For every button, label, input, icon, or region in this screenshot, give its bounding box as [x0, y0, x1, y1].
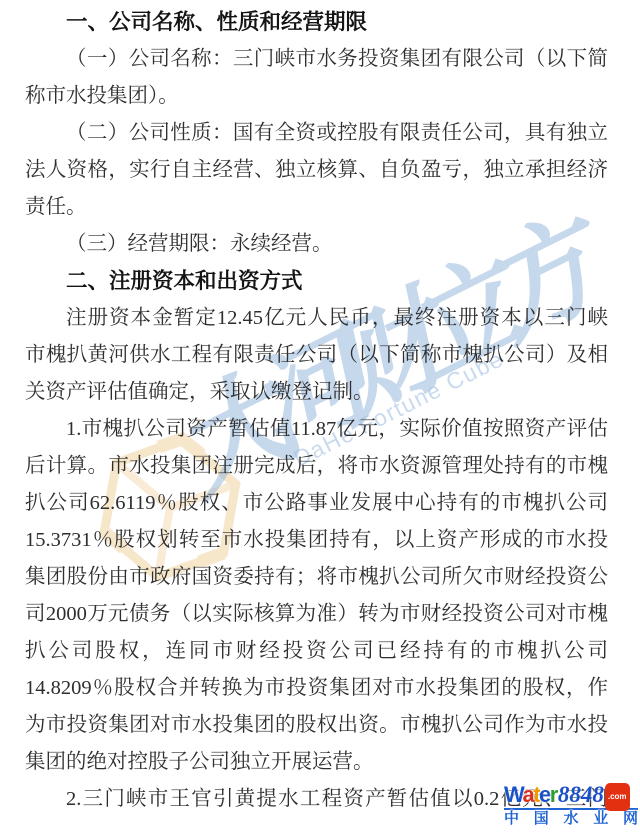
- text-line: 14.8209％股权合并转换为市投资集团对市水投集团的股权，作: [25, 670, 608, 707]
- text-line: 法人资格，实行自主经营、独立核算、自负盈亏，独立承担经济: [25, 152, 608, 189]
- logo-water-wordmark: Water: [504, 789, 557, 806]
- section-heading-5: 二、注册资本和出资方式: [25, 263, 608, 300]
- text-line: 关资产评估值确定，采取认缴登记制。: [25, 374, 608, 411]
- text-line: （二）公司性质：国有全资或控股有限责任公司，具有独立: [25, 115, 608, 152]
- text-line: 注册资本金暂定12.45亿元人民币，最终注册资本以三门峡: [25, 300, 608, 337]
- text-line: 扒公司股权，连同市财经投资公司已经持有的市槐扒公司: [25, 633, 608, 670]
- paragraph: （一）公司名称：三门峡市水务投资集团有限公司（以下简称市水投集团）。: [25, 41, 608, 115]
- text-line: 责任。: [25, 189, 608, 226]
- text-line: 后计算。市水投集团注册完成后，将市水资源管理处持有的市槐: [25, 448, 608, 485]
- text-line: 司2000万元债务（以实际核算为准）转为市财经投资公司对市槐: [25, 596, 608, 633]
- paragraph: （三）经营期限：永续经营。: [25, 226, 608, 263]
- text-line: 称市水投集团）。: [25, 78, 608, 115]
- text-line: （三）经营期限：永续经营。: [25, 226, 608, 263]
- text-line: 集团的绝对控股子公司独立开展运营。: [25, 744, 608, 781]
- section-heading-1: 一、公司名称、性质和经营期限: [25, 4, 608, 41]
- paragraph: （二）公司性质：国有全资或控股有限责任公司，具有独立法人资格，实行自主经营、独立…: [25, 115, 608, 226]
- text-line: 市槐扒黄河供水工程有限责任公司（以下简称市槐扒公司）及相: [25, 337, 608, 374]
- logo-letter: a: [522, 782, 533, 807]
- text-line: 1.市槐扒公司资产暂估值11.87亿元，实际价值按照资产评估: [25, 411, 608, 448]
- paragraph: 注册资本金暂定12.45亿元人民币，最终注册资本以三门峡市槐扒黄河供水工程有限责…: [25, 300, 608, 411]
- logo-letter: r: [550, 782, 557, 807]
- logo-letter: e: [539, 782, 550, 807]
- logo-wordmark-row: Water8848.com: [504, 782, 638, 808]
- logo-com-badge: .com: [605, 783, 630, 811]
- text-line: 扒公司62.6119％股权、市公路事业发展中心持有的市槐扒公司: [25, 485, 608, 522]
- paragraph: 1.市槐扒公司资产暂估值11.87亿元，实际价值按照资产评估后计算。市水投集团注…: [25, 411, 608, 781]
- logo-letter: W: [504, 782, 522, 807]
- text-line: 为市投资集团对市水投集团的股权出资。市槐扒公司作为市水投: [25, 707, 608, 744]
- text-line: （一）公司名称：三门峡市水务投资集团有限公司（以下简: [25, 41, 608, 78]
- water8848-logo: Water8848.com 中国水业网: [504, 782, 638, 827]
- scanned-document-page: 大河财立方 DaHe Fortune Cube 一、公司名称、性质和经营期限（一…: [0, 0, 640, 833]
- logo-number: 8848: [558, 782, 604, 807]
- text-line: 15.3731％股权划转至市水投集团持有，以上资产形成的市水投: [25, 522, 608, 559]
- document-content: 一、公司名称、性质和经营期限（一）公司名称：三门峡市水务投资集团有限公司（以下简…: [0, 0, 640, 818]
- logo-subtitle-chinese: 中国水业网: [504, 811, 638, 827]
- text-line: 集团股份由市政府国资委持有；将市槐扒公司所欠市财经投资公: [25, 559, 608, 596]
